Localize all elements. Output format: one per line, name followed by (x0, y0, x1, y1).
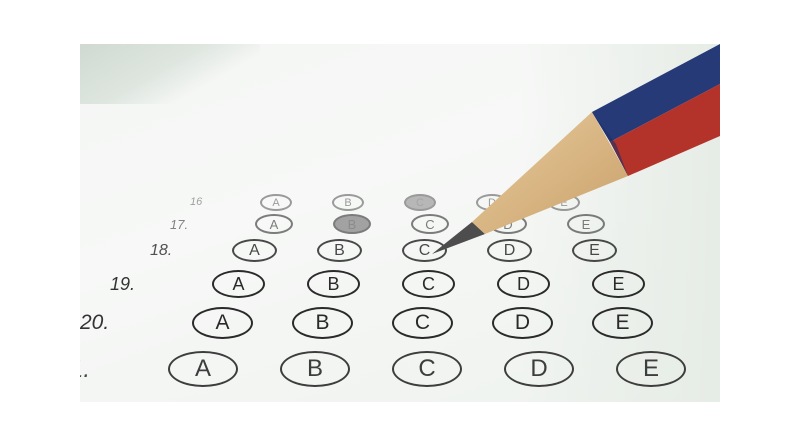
answer-bubble-b: B (333, 214, 371, 234)
answer-bubble-e: E (616, 351, 686, 387)
answer-sheet-photo: 16ABCDE17.ABCDE18.ABCDE19.ABCDE20.ABCDE1… (80, 44, 720, 402)
answer-row: 20.ABCDE (80, 307, 720, 347)
question-number: 20. (80, 311, 109, 335)
question-number: 16 (190, 196, 202, 208)
answer-bubble-d: D (487, 239, 532, 262)
answer-bubble-c: C (411, 214, 449, 234)
question-number: 19. (110, 274, 135, 295)
answer-bubble-b: B (332, 194, 364, 211)
answer-bubble-c: C (392, 307, 453, 339)
answer-bubble-b: B (292, 307, 353, 339)
answer-bubble-c: C (402, 270, 455, 298)
answer-bubble-d: D (504, 351, 574, 387)
answer-bubble-b: B (280, 351, 350, 387)
answer-bubble-d: D (497, 270, 550, 298)
answer-bubble-a: A (168, 351, 238, 387)
answer-bubble-e: E (567, 214, 605, 234)
answer-bubble-d: D (476, 194, 508, 211)
answer-bubble-e: E (548, 194, 580, 211)
question-number: 18. (150, 242, 172, 260)
answer-bubble-a: A (212, 270, 265, 298)
answer-bubble-e: E (592, 307, 653, 339)
answer-bubble-d: D (492, 307, 553, 339)
answer-bubble-b: B (317, 239, 362, 262)
answer-row: 19.ABCDE (80, 270, 720, 310)
answer-bubble-c: C (402, 239, 447, 262)
answer-row: 1.ABCDE (80, 351, 720, 391)
answer-bubble-d: D (489, 214, 527, 234)
answer-bubble-b: B (307, 270, 360, 298)
answer-bubble-a: A (192, 307, 253, 339)
answer-bubble-c: C (392, 351, 462, 387)
question-number: 1. (80, 356, 90, 384)
paper-shadow (80, 44, 260, 104)
answer-bubble-e: E (592, 270, 645, 298)
answer-bubble-a: A (232, 239, 277, 262)
answer-bubble-e: E (572, 239, 617, 262)
answer-bubble-a: A (260, 194, 292, 211)
answer-bubble-c: C (404, 194, 436, 211)
question-number: 17. (170, 217, 188, 232)
answer-bubble-a: A (255, 214, 293, 234)
